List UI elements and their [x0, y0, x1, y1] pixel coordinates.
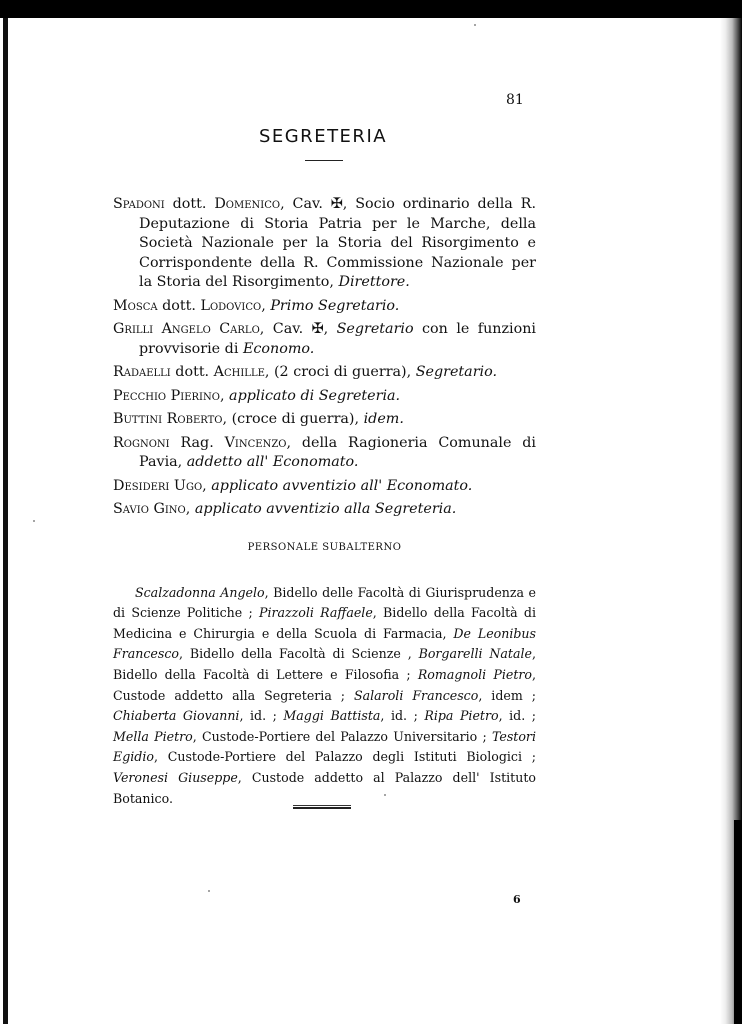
staff-role: addetto all' Economato.: [187, 454, 359, 470]
staff-surname: Savio: [113, 501, 149, 517]
scan-speck: [384, 794, 386, 796]
staff-list: Spadoni dott. Domenico, Cav. ✠, Socio or…: [113, 195, 536, 524]
staff-surname: Radaelli: [113, 364, 171, 380]
staff-given-name: Pierino: [171, 388, 220, 404]
subalterni-paragraph: Scalzadonna Angelo, Bidello delle Facolt…: [113, 583, 536, 810]
staff-entry: Spadoni dott. Domenico, Cav. ✠, Socio or…: [113, 195, 536, 293]
person-name: Ripa Pietro: [424, 708, 498, 723]
staff-role: Primo Segretario.: [270, 298, 399, 314]
section-heading-subalterni: PERSONALE SUBALTERNO: [113, 542, 536, 553]
scan-top-border: [0, 0, 742, 18]
person-name: Romagnoli Pietro: [418, 667, 532, 682]
staff-entry: Radaelli dott. Achille, (2 croci di guer…: [113, 363, 536, 383]
page-number: 81: [506, 92, 524, 108]
staff-entry: Buttini Roberto, (croce di guerra), idem…: [113, 410, 536, 430]
staff-entry: Pecchio Pierino, applicato di Segreteria…: [113, 387, 536, 407]
staff-role: Direttore.: [339, 274, 410, 290]
staff-surname: Pecchio: [113, 388, 166, 404]
staff-role: idem.: [364, 411, 404, 427]
staff-entry: Desideri Ugo, applicato avventizio all' …: [113, 477, 536, 497]
person-name: Mella Pietro: [113, 729, 193, 744]
staff-surname: Spadoni: [113, 196, 165, 212]
person-name: Veronesi Giuseppe: [113, 770, 238, 785]
staff-given-name: Roberto: [167, 411, 223, 427]
end-rule: [293, 805, 351, 809]
staff-role: applicato avventizio alla Segreteria.: [195, 501, 456, 517]
person-name: Borgarelli Natale: [419, 646, 532, 661]
signature-mark: 6: [513, 893, 521, 906]
staff-entry: Rognoni Rag. Vincenzo, della Ragioneria …: [113, 434, 536, 473]
staff-given-name: Angelo Carlo: [162, 321, 260, 337]
person-name: Scalzadonna Angelo: [135, 585, 265, 600]
staff-surname: Grilli: [113, 321, 153, 337]
staff-surname: Desideri: [113, 478, 169, 494]
title-rule: [305, 160, 343, 161]
scan-left-edge: [3, 18, 8, 1024]
scan-speck: [208, 890, 210, 892]
staff-surname: Mosca: [113, 298, 158, 314]
staff-entry: Grilli Angelo Carlo, Cav. ✠, Segretario …: [113, 320, 536, 359]
staff-surname: Rognoni: [113, 435, 170, 451]
staff-role: Economo.: [243, 341, 314, 357]
staff-given-name: Domenico: [214, 196, 280, 212]
person-name: Salaroli Francesco: [354, 688, 478, 703]
staff-given-name: Lodovico: [200, 298, 261, 314]
staff-surname: Buttini: [113, 411, 162, 427]
staff-role: Segretario: [337, 321, 414, 337]
scan-right-edge-dark: [734, 820, 742, 1024]
staff-given-name: Gino: [153, 501, 185, 517]
staff-role: applicato di Segreteria.: [229, 388, 400, 404]
staff-given-name: Vincenzo: [225, 435, 287, 451]
scan-speck: [33, 520, 35, 522]
scan-speck: [474, 24, 476, 26]
staff-given-name: Achille: [214, 364, 265, 380]
staff-role: applicato avventizio all' Economato.: [211, 478, 472, 494]
staff-given-name: Ugo: [174, 478, 202, 494]
person-name: Chiaberta Giovanni: [113, 708, 239, 723]
staff-role: Segretario.: [416, 364, 497, 380]
person-name: Maggi Battista: [283, 708, 380, 723]
staff-entry: Savio Gino, applicato avventizio alla Se…: [113, 500, 536, 520]
page-title: SEGRETERIA: [0, 126, 646, 147]
staff-entry: Mosca dott. Lodovico, Primo Segretario.: [113, 297, 536, 317]
person-name: Pirazzoli Raffaele: [259, 605, 373, 620]
